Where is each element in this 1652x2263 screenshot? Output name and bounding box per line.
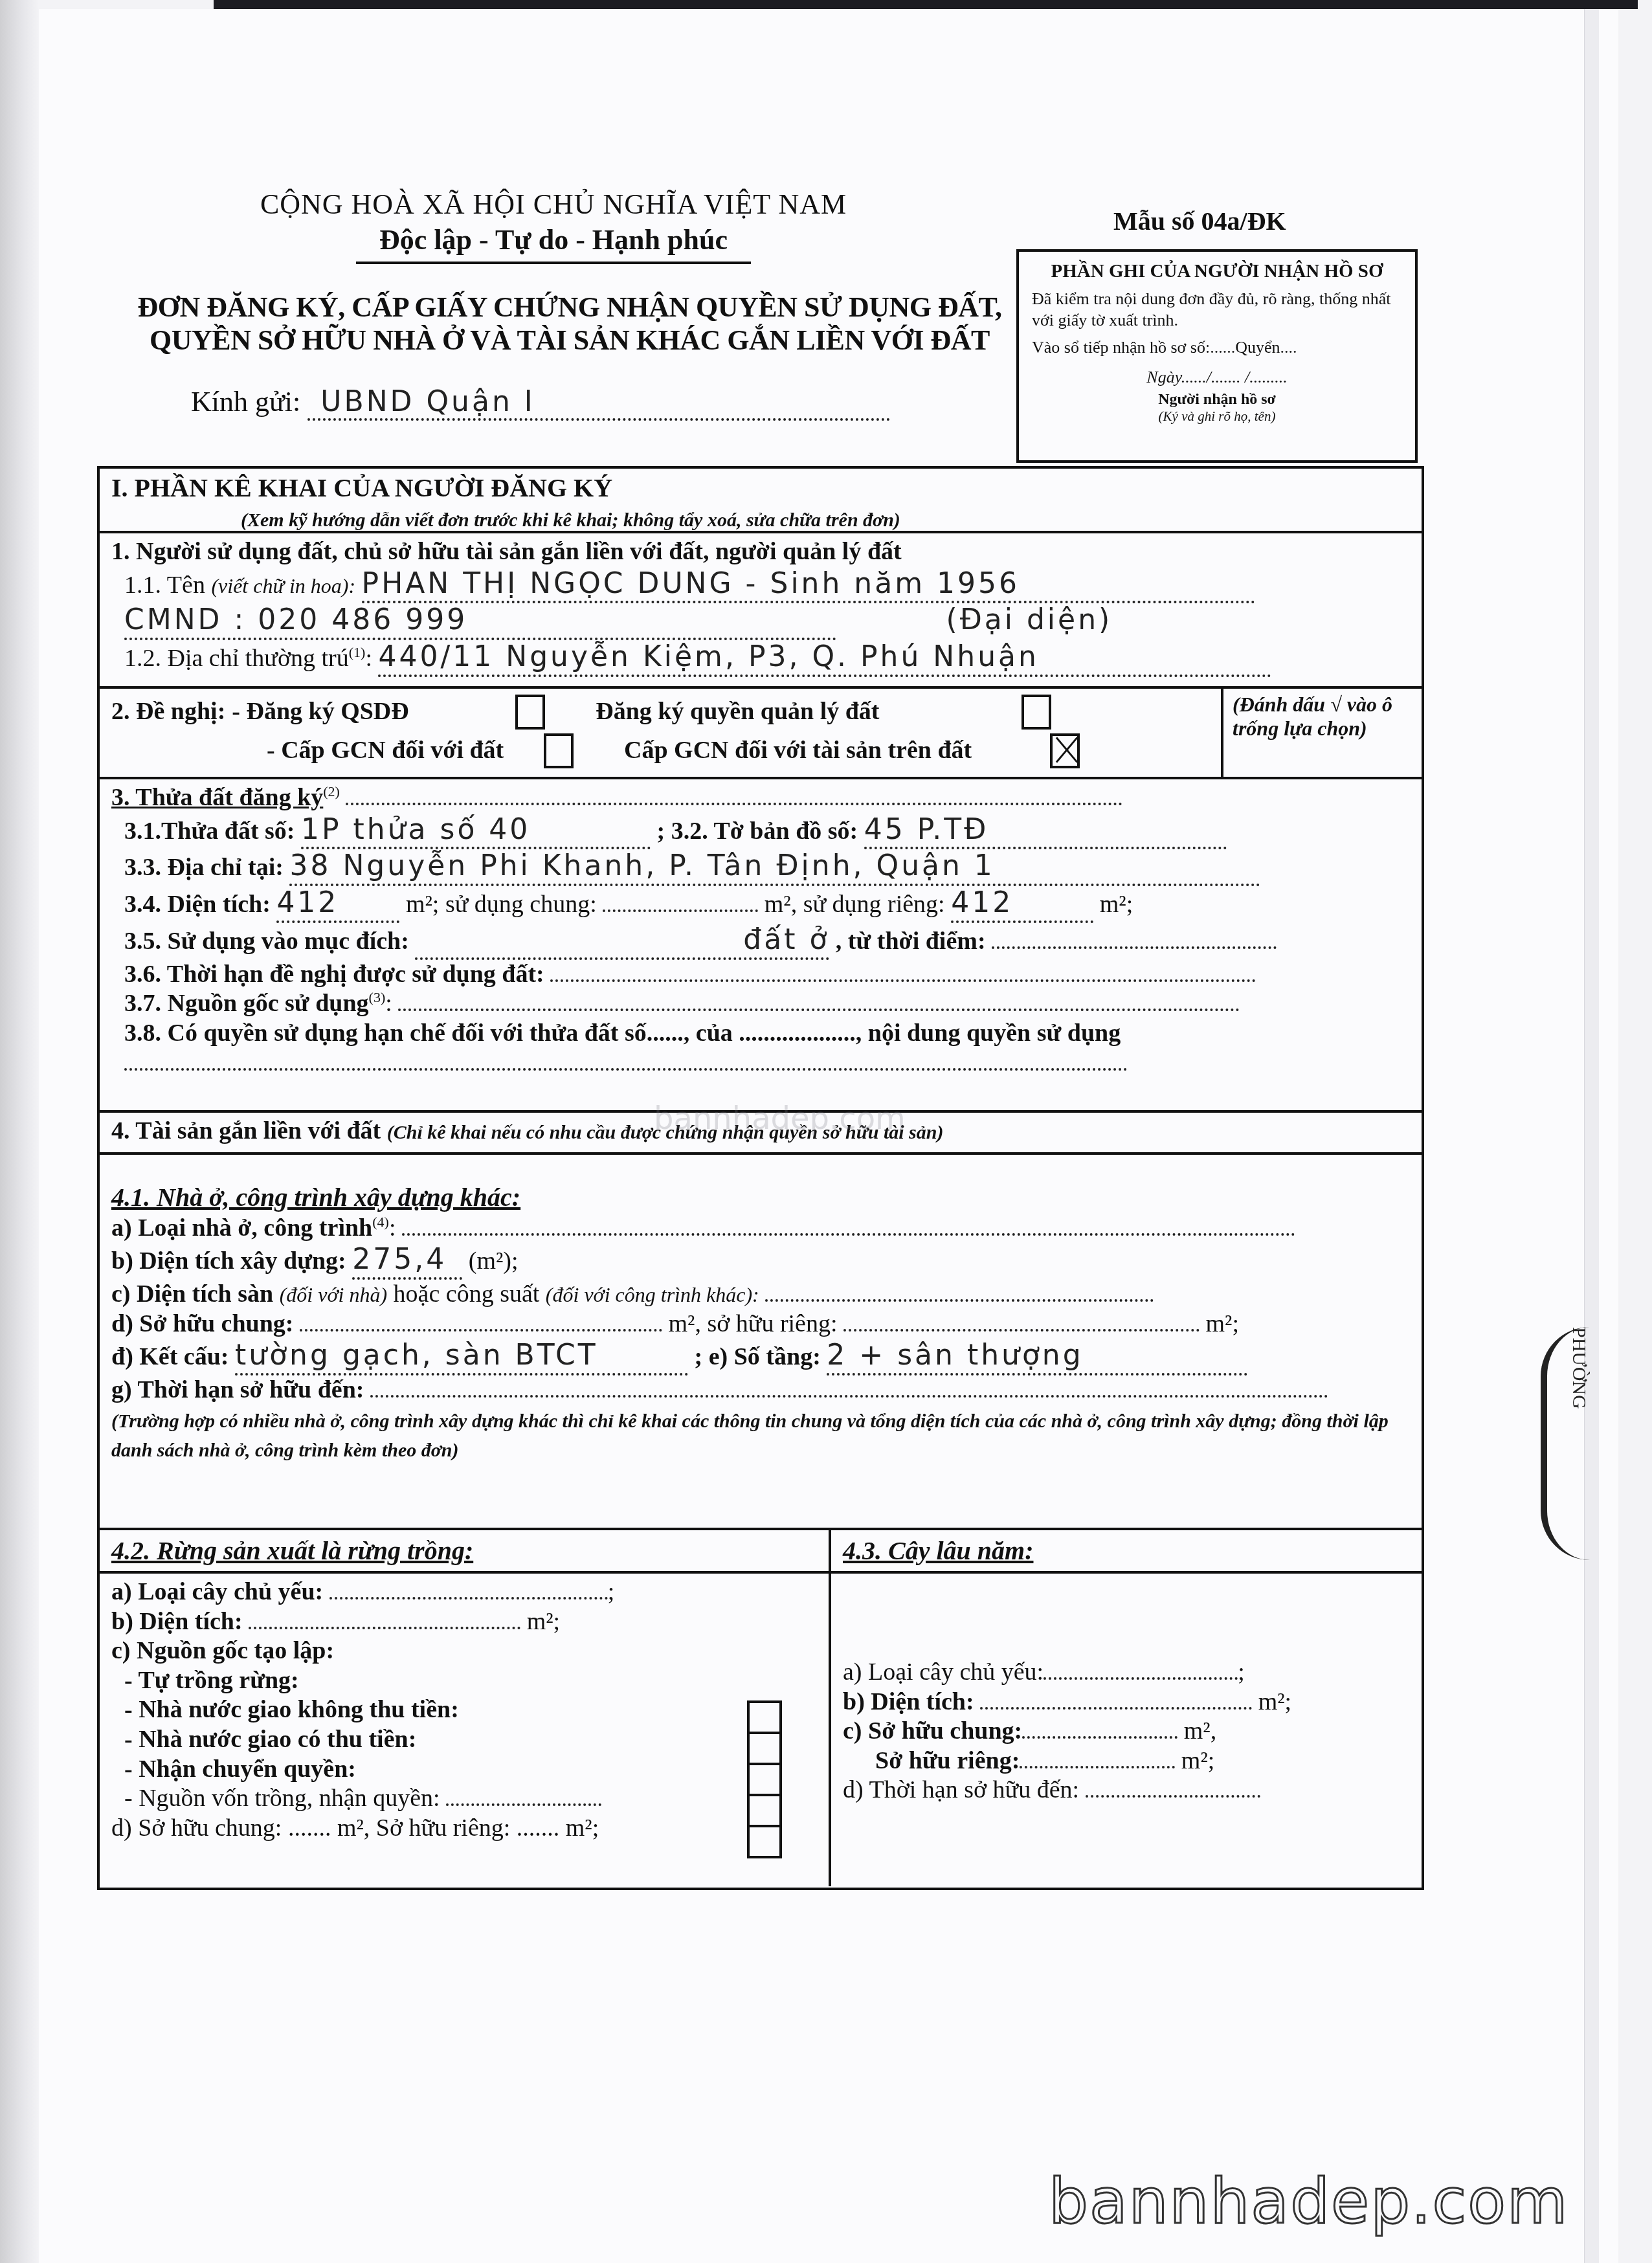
ownership-term-field[interactable] [370,1395,1328,1398]
footnote-marker: (2) [323,783,340,799]
option-register-management-label: Đăng ký quyền quản lý đất [596,697,1010,727]
capacity-hint: (đối với công trình khác): [546,1283,759,1306]
private-use-field[interactable]: 412 [951,886,1093,923]
name-field[interactable]: PHAN THỊ NGỌC DUNG - Sinh năm 1956 [362,567,1255,604]
section-4-1: 4.1. Nhà ở, công trình xây dựng khác: a)… [100,1155,1422,1530]
form-frame: I. PHẦN KÊ KHAI CỦA NGƯỜI ĐĂNG KÝ (Xem k… [97,466,1424,1890]
scan-edge [0,0,39,2263]
built-area-unit: (m²); [469,1247,519,1275]
source-funded-field[interactable] [446,1803,601,1806]
source-state-paid: - Nhà nước giao có thu tiền: [124,1726,416,1753]
floor-area-field[interactable] [765,1299,1154,1302]
forest-area-field[interactable] [249,1627,520,1629]
perennial-private-unit: m²; [1181,1747,1215,1774]
receiver-box-title: PHẦN GHI CỦA NGƯỜI NHẬN HỒ SƠ [1032,261,1402,282]
option-register-land-use-label: - Đăng ký QSDĐ [232,697,504,727]
checkbox-state-free[interactable] [747,1732,782,1765]
private-use-unit: m²; [1100,891,1133,918]
source-funded: - Nguồn vốn trồng, nhận quyền: [124,1785,440,1812]
title-line-2: QUYỀN SỞ HỮU NHÀ Ở VÀ TÀI SẢN KHÁC GẮN L… [136,324,1003,357]
shared-ownership-label: d) Sở hữu chung: [111,1310,293,1337]
request-label: 2. Đề nghị: [111,697,225,727]
footnote-marker: (3) [369,990,386,1006]
section-4-2-4-3: 4.2. Rừng sản xuất là rừng trồng: a) Loạ… [100,1530,1422,1886]
checkbox-instruction: (Đánh dấu √ vào ô trống lựa chọn) [1221,689,1422,777]
structure-label: đ) Kết cấu: [111,1343,229,1370]
source-self-planted: - Tự trồng rừng: [124,1667,299,1694]
checkbox-transfer[interactable] [747,1794,782,1827]
private-ownership-field[interactable] [843,1329,1200,1332]
national-title: CỘNG HOÀ XÃ HỘI CHỦ NGHĨA VIỆT NAM [214,188,893,221]
location-field[interactable]: 38 Nguyễn Phi Khanh, P. Tân Định, Quận 1 [289,849,1260,886]
shared-ownership-field[interactable] [300,1329,662,1332]
permanent-address-field[interactable]: 440/11 Nguyễn Kiệm, P3, Q. Phú Nhuận [378,640,1271,677]
perennial-term-label: d) Thời hạn sở hữu đến: [843,1776,1079,1803]
from-time-label: , từ thời điểm: [836,928,986,955]
page-edge-strip [1584,9,1599,2263]
checkbox-register-land-use[interactable] [515,695,545,730]
private-ownership-unit: m²; [1206,1310,1240,1337]
perennial-term-field[interactable] [1086,1795,1260,1798]
section-4-2: 4.2. Rừng sản xuất là rừng trồng: a) Loạ… [100,1530,831,1886]
perennial-shared-unit: m², [1184,1717,1216,1745]
address-label: 1.2. Địa chỉ thường trú [124,645,349,672]
built-area-label: b) Diện tích xây dựng: [111,1247,346,1275]
purpose-label: 3.5. Sử dụng vào mục đích: [124,928,409,955]
source-transfer: - Nhận chuyển quyền: [124,1756,356,1783]
part1-heading-section: I. PHẦN KÊ KHAI CỦA NGƯỜI ĐĂNG KÝ (Xem k… [100,469,1422,533]
parcel-number-field[interactable]: 1P thửa số 40 [301,813,651,850]
receiver-notes-box: PHẦN GHI CỦA NGƯỜI NHẬN HỒ SƠ Đã kiểm tr… [1016,249,1418,463]
scan-edge-top [214,0,1638,9]
house-type-field[interactable] [402,1233,1295,1236]
official-stamp-partial: PHƯỜNG [1541,1327,1590,1560]
ownership-term-label: g) Thời hạn sở hữu đến: [111,1376,364,1403]
send-to-label: Kính gửi: [191,386,300,418]
shared-ownership-unit: m², sở hữu riêng: [668,1310,837,1337]
receiver-signer: Người nhận hồ sơ [1032,391,1402,408]
built-area-field[interactable]: 275,4 [352,1243,462,1280]
receiver-check-text: Đã kiểm tra nội dung đơn đầy đủ, rõ ràng… [1032,289,1402,331]
national-motto: Độc lập - Tự do - Hạnh phúc [214,223,893,256]
structure-field[interactable]: tường gạch, sàn BTCT [235,1339,688,1376]
forest-area-unit: m²; [527,1608,561,1635]
restricted-rights-text: 3.8. Có quyền sử dụng hạn chế đối với th… [124,1020,1121,1047]
send-to-row: Kính gửi: UBND Quận I [191,385,890,421]
map-sheet-label: ; 3.2. Tờ bản đồ số: [657,818,858,845]
area-unit: m²; sử dụng chung: [406,891,597,918]
forest-origin-label: c) Nguồn gốc tạo lập: [111,1637,334,1664]
id-number-field[interactable]: CMND : 020 486 999 [124,603,836,640]
send-to-field[interactable]: UBND Quận I [307,385,890,421]
section-4-heading: 4. Tài sản gắn liền với đất [111,1117,381,1144]
origin-label: 3.7. Nguồn gốc sử dụng [124,990,369,1017]
forest-tree-type-label: a) Loại cây chủ yếu: [111,1578,323,1605]
forest-ownership-text: d) Sở hữu chung: ....... m², Sở hữu riên… [111,1814,599,1842]
forest-tree-type-field[interactable] [329,1597,608,1600]
capacity-label: hoặc công suất [394,1280,540,1308]
part1-heading: I. PHẦN KÊ KHAI CỦA NGƯỜI ĐĂNG KÝ [111,473,612,502]
from-time-field[interactable] [992,946,1277,949]
parcel-label: 3.1.Thửa đất số: [124,818,295,845]
multiple-buildings-note: (Trường hợp có nhiều nhà ở, công trình x… [111,1410,1389,1462]
term-field[interactable] [550,979,1256,982]
source-state-free: - Nhà nước giao không thu tiền: [124,1696,459,1723]
watermark: bannhadep.com [1049,2165,1569,2238]
checkbox-self-planted[interactable] [747,1700,782,1734]
floor-area-label: c) Diện tích sàn [111,1280,273,1308]
house-type-label: a) Loại nhà ở, công trình [111,1214,372,1242]
perennial-shared-field[interactable] [1022,1736,1178,1739]
floors-label: ; e) Số tầng: [695,1343,821,1370]
shared-use-unit: m², sử dụng riêng: [765,891,945,918]
document-title: ĐƠN ĐĂNG KÝ, CẤP GIẤY CHỨNG NHẬN QUYỀN S… [136,291,1003,357]
option-cert-assets-label: Cấp GCN đối với tài sản trên đất [624,736,1038,766]
map-sheet-field[interactable]: 45 P.TĐ [864,813,1227,850]
receiver-register-text: Vào sổ tiếp nhận hồ sơ số:......Quyển...… [1032,337,1402,359]
receiver-date: Ngày....../....... /......... [1032,368,1402,387]
shared-use-field[interactable] [603,909,758,912]
footnote-marker: (4) [372,1214,389,1230]
section-4-3-heading: 4.3. Cây lâu năm: [831,1530,1422,1574]
perennial-tree-type-label: a) Loại cây chủ yếu: [843,1658,1044,1686]
section-4-3: 4.3. Cây lâu năm: a) Loại cây chủ yếu:; … [831,1530,1422,1886]
option-cert-land-label: - Cấp GCN đối với đất [267,736,532,766]
purpose-field[interactable]: đất ở [415,923,829,960]
section-1: 1. Người sử dụng đất, chủ sở hữu tài sản… [100,533,1422,689]
section-3: 3. Thửa đất đăng ký(2) 3.1.Thửa đất số: … [100,779,1422,1113]
restricted-rights-field[interactable] [124,1068,1128,1071]
floors-field[interactable]: 2 + sân thượng [827,1339,1247,1376]
section-4-2-heading: 4.2. Rừng sản xuất là rừng trồng: [100,1530,829,1574]
perennial-area-unit: m²; [1258,1688,1292,1715]
origin-field[interactable] [398,1009,1240,1011]
perennial-area-label: b) Diện tích: [843,1688,974,1715]
section-2: 2. Đề nghị: - Đăng ký QSDĐ Đăng ký quyền… [100,689,1422,779]
checkbox-cert-assets[interactable] [1050,733,1080,768]
checkbox-register-management[interactable] [1021,695,1051,730]
title-line-1: ĐƠN ĐĂNG KÝ, CẤP GIẤY CHỨNG NHẬN QUYỀN S… [136,291,1003,324]
term-label: 3.6. Thời hạn đề nghị được sử dụng đất: [124,961,544,988]
name-label: 1.1. Tên [124,572,205,599]
perennial-shared-label: c) Sở hữu chung: [843,1717,1022,1745]
checkbox-state-paid[interactable] [747,1763,782,1796]
floor-area-hint: (đối với nhà) [280,1283,387,1306]
form-code: Mẫu số 04a/ĐK [1113,206,1286,236]
location-label: 3.3. Địa chỉ tại: [124,854,284,881]
part1-note: (Xem kỹ hướng dẫn viết đơn trước khi kê … [241,509,900,531]
checkbox-cert-land[interactable] [544,733,574,768]
representative-note: (Đại diện) [946,603,1113,636]
national-header: CỘNG HOÀ XÃ HỘI CHỦ NGHĨA VIỆT NAM Độc l… [214,188,893,264]
area-field[interactable]: 412 [276,886,399,923]
section-3-heading: 3. Thửa đất đăng ký [111,784,323,811]
dotted-line [346,803,1122,805]
perennial-tree-type-field[interactable] [1044,1677,1238,1680]
checkbox-funded[interactable] [747,1825,782,1858]
header-rule [356,262,751,264]
perennial-private-label: Sở hữu riêng: [875,1747,1020,1774]
receiver-sign-note: (Ký và ghi rõ họ, tên) [1032,408,1402,425]
forest-area-label: b) Diện tích: [111,1608,243,1635]
footnote-marker: (1) [349,645,366,661]
forest-origin-checkboxes [747,1703,782,1858]
area-label: 3.4. Diện tích: [124,891,271,918]
section-1-heading: 1. Người sử dụng đất, chủ sở hữu tài sản… [111,538,902,565]
perennial-area-field[interactable] [980,1707,1252,1710]
watermark-faint: bannhadep.com [654,1100,906,1137]
perennial-private-field[interactable] [1020,1766,1175,1768]
section-4-1-heading: 4.1. Nhà ở, công trình xây dựng khác: [111,1183,520,1212]
name-hint: (viết chữ in hoa): [211,574,355,597]
